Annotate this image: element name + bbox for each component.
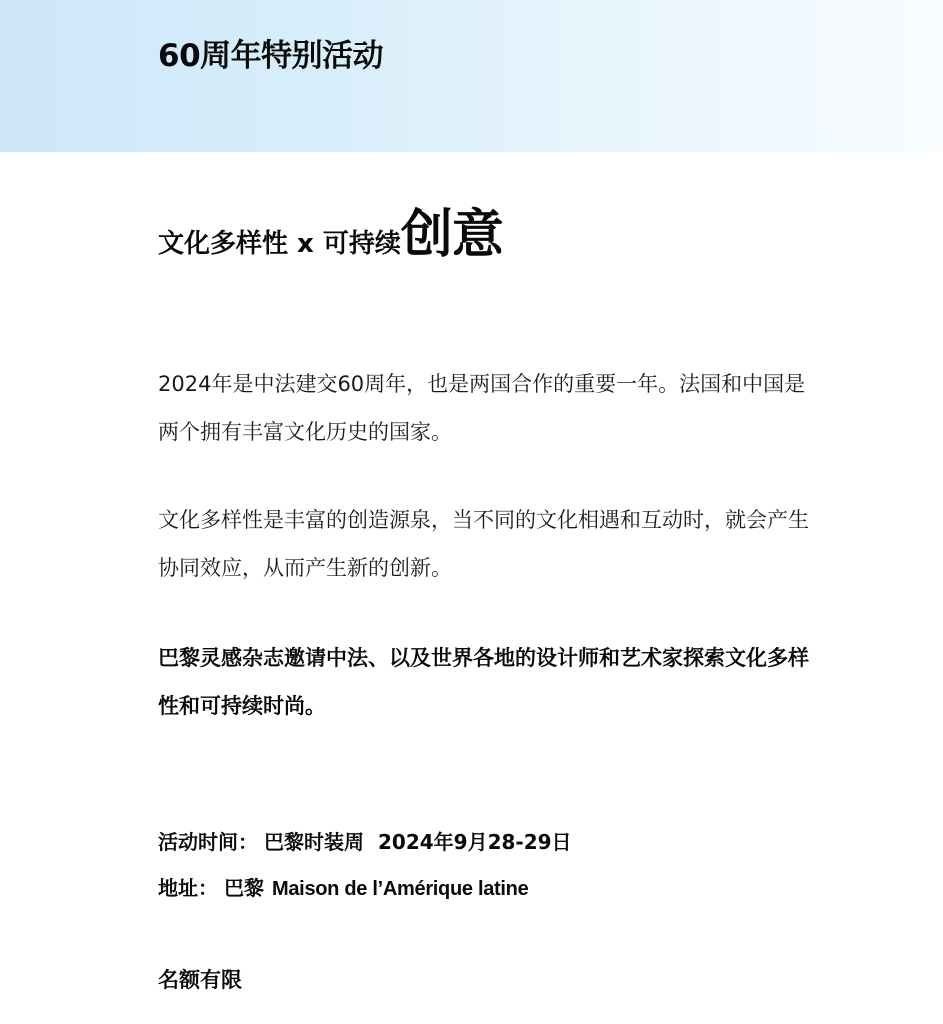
headline-emphasis: 创意 — [401, 205, 503, 265]
intro-paragraph: 2024年是中法建交60周年，也是两国合作的重要一年。法国和中国是两个拥有丰富文… — [158, 360, 818, 456]
address-venue: Maison de l’Amérique latine — [272, 878, 528, 900]
event-name: 巴黎时装周 — [264, 830, 364, 854]
event-date: 2024年9月28-29日 — [378, 830, 572, 854]
diversity-paragraph: 文化多样性是丰富的创造源泉，当不同的文化相遇和互动时，就会产生协同效应，从而产生… — [158, 496, 818, 592]
header-banner: 60周年特别活动 — [0, 0, 943, 152]
address-label: 地址： — [158, 876, 218, 900]
event-time-label: 活动时间： — [158, 830, 258, 854]
event-address: 地址：巴黎Maison de l’Amérique latine — [158, 872, 528, 901]
event-time: 活动时间：巴黎时装周2024年9月28-29日 — [158, 826, 572, 855]
headline-theme: 文化多样性 x 可持续 — [158, 229, 401, 259]
limited-spots-note: 名额有限 — [158, 964, 242, 994]
headline: 文化多样性 x 可持续创意 — [158, 192, 503, 267]
address-city: 巴黎 — [224, 876, 264, 900]
invitation-paragraph: 巴黎灵感杂志邀请中法、以及世界各地的设计师和艺术家探索文化多样性和可持续时尚。 — [158, 634, 818, 730]
page-title: 60周年特别活动 — [158, 30, 383, 75]
